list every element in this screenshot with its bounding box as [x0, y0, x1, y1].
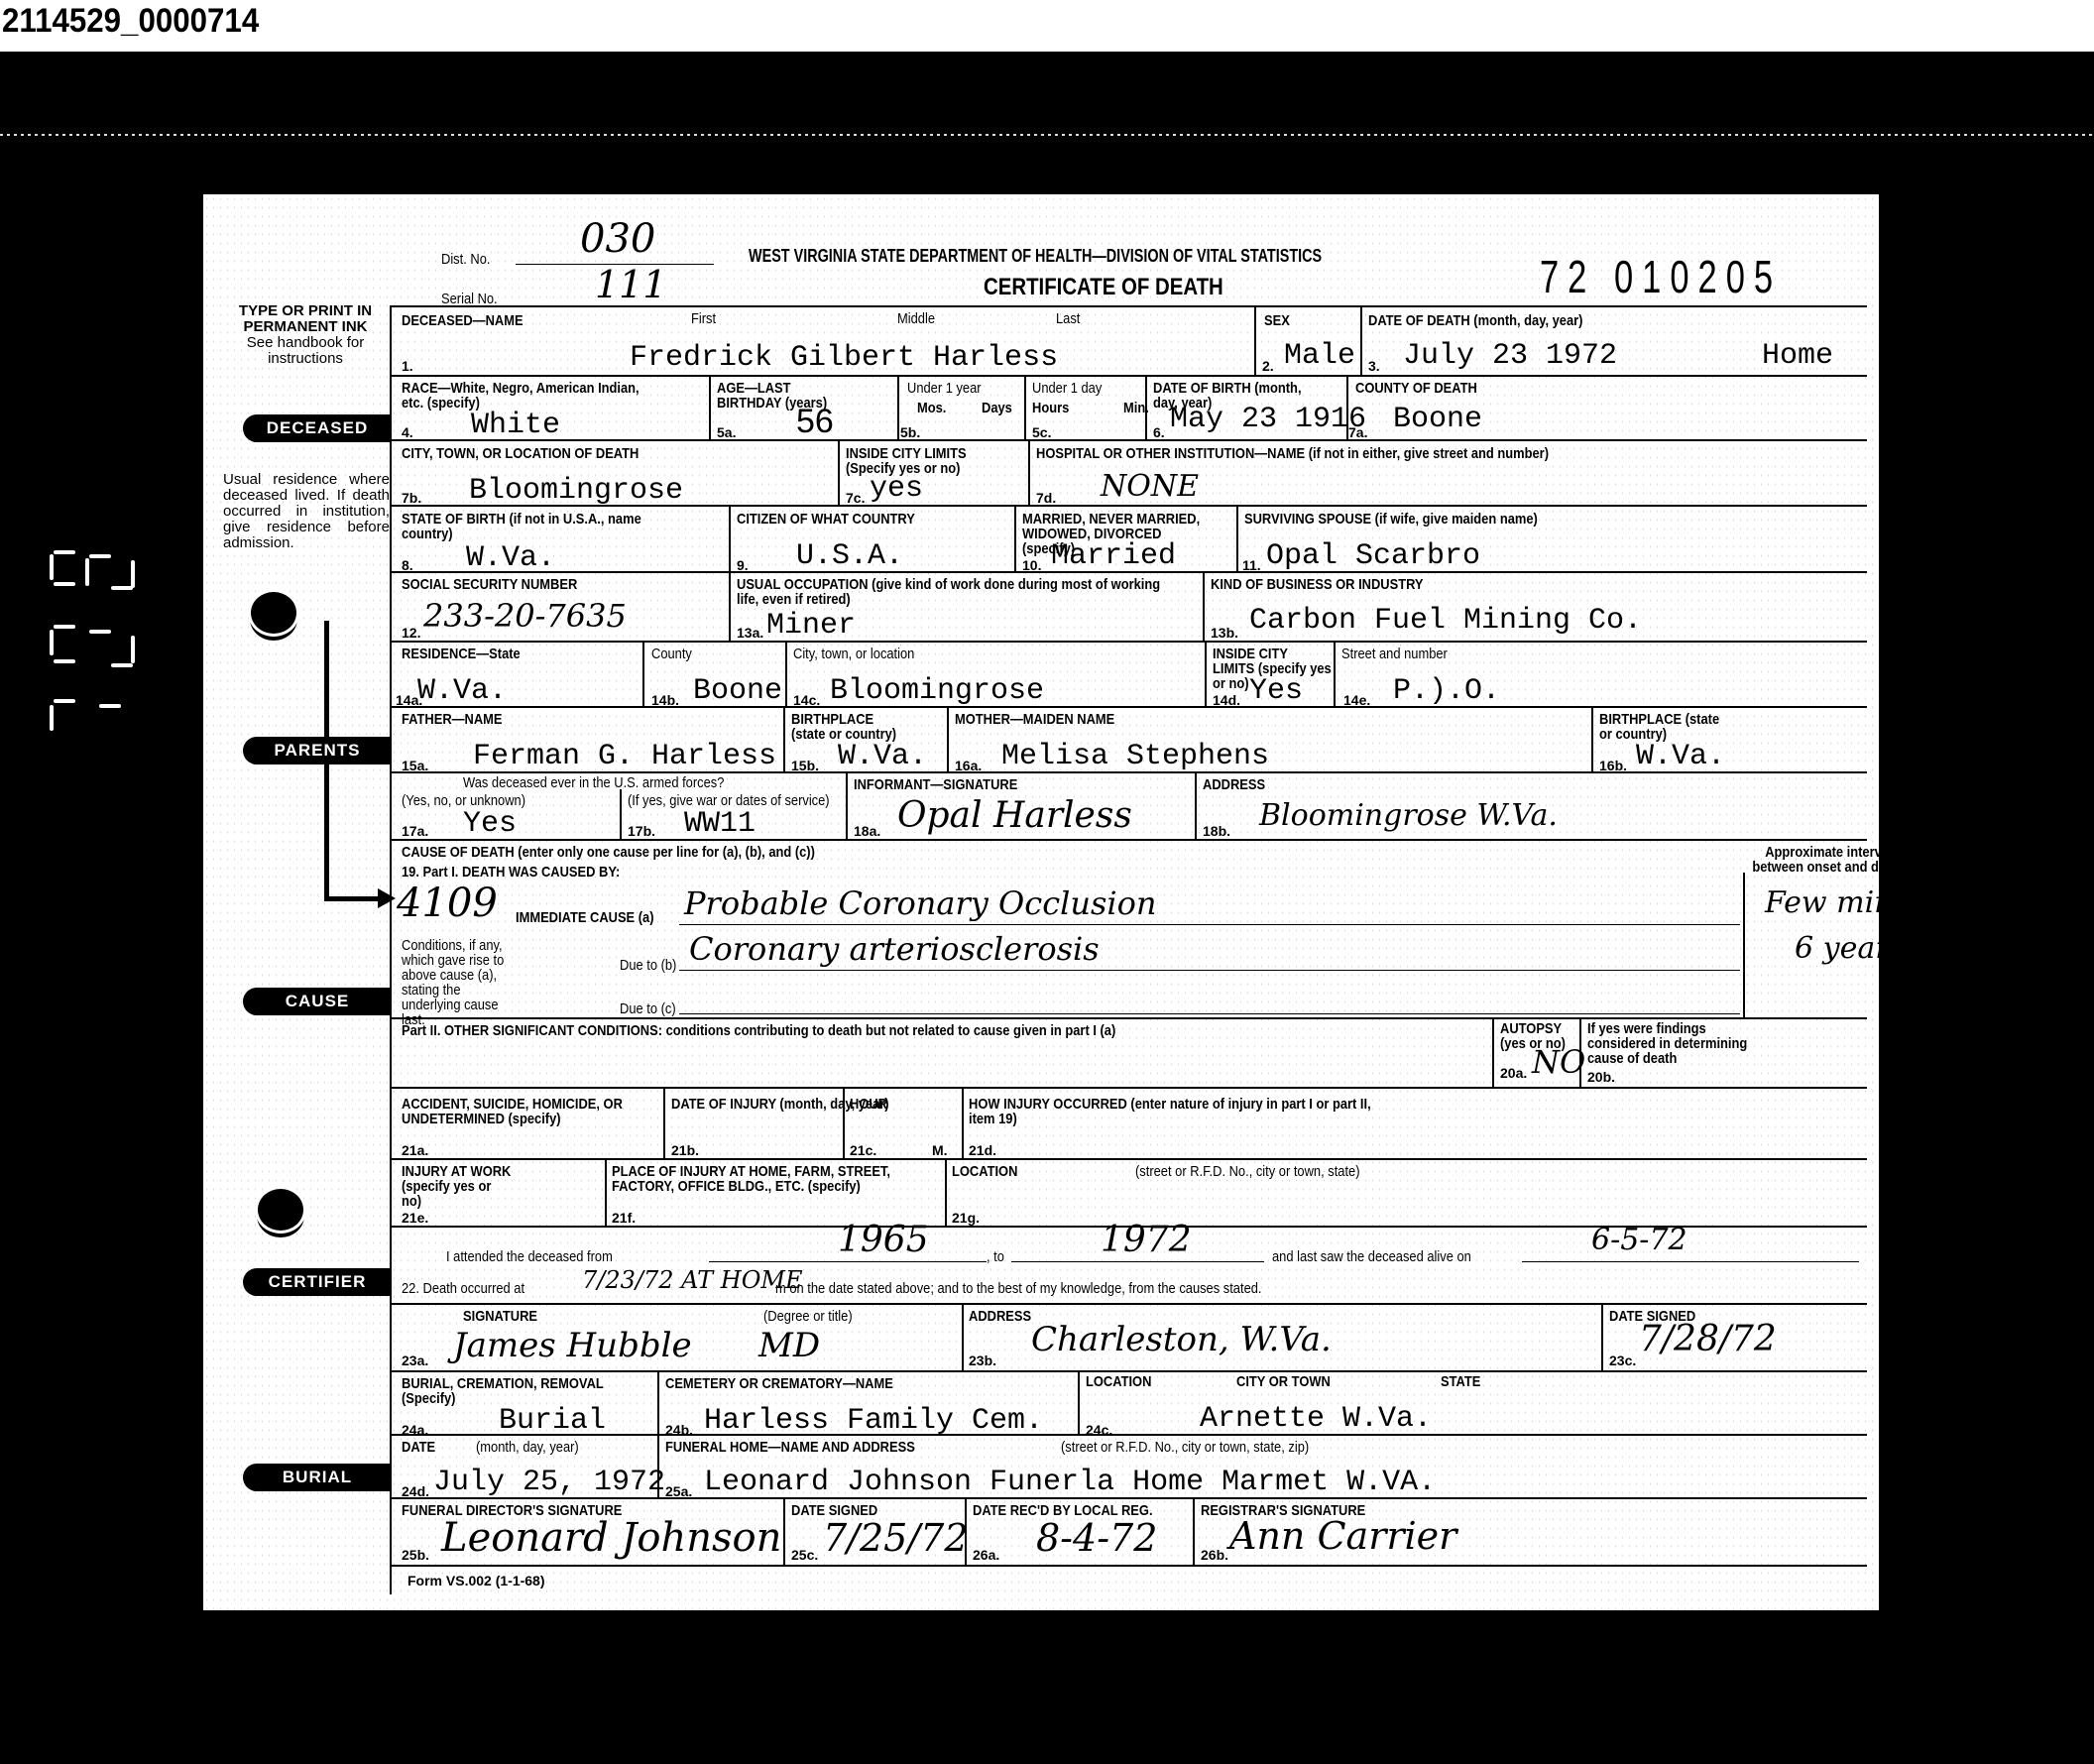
injury-hour-label: HOUR	[850, 1097, 887, 1112]
deceased-name: Fredrick Gilbert Harless	[630, 343, 1058, 373]
field-num: 13b.	[1211, 625, 1238, 641]
agency-title: WEST VIRGINIA STATE DEPARTMENT OF HEALTH…	[749, 246, 1322, 267]
surviving-spouse: Opal Scarbro	[1266, 541, 1480, 571]
death-certificate: TYPE OR PRINT IN PERMANENT INK See handb…	[203, 194, 1879, 1610]
residence-state: W.Va.	[417, 676, 507, 706]
city-label: CITY, TOWN, OR LOCATION OF DEATH	[402, 446, 639, 461]
burial-city-label: CITY OR TOWN	[1236, 1374, 1331, 1389]
informant-address-label: ADDRESS	[1203, 777, 1265, 792]
father-label: FATHER—NAME	[402, 712, 503, 727]
days-label: Days	[982, 401, 1012, 415]
residence-street-label: Street and number	[1341, 647, 1448, 661]
field-num: 26a.	[973, 1547, 999, 1563]
certifier-address-label: ADDRESS	[969, 1309, 1031, 1324]
county-label: COUNTY OF DEATH	[1355, 381, 1477, 396]
due-to-c-label: Due to (c)	[620, 1001, 676, 1016]
punch-hole-icon	[255, 1186, 306, 1234]
field-num: 13a.	[737, 625, 763, 641]
arrow-head-icon	[378, 888, 396, 908]
injury-at-work-label: INJURY AT WORK (specify yes or no)	[402, 1164, 513, 1209]
funeral-home-label: FUNERAL HOME—NAME AND ADDRESS	[665, 1440, 915, 1455]
form-left-border	[390, 305, 392, 1594]
field-num: 17b.	[628, 823, 655, 839]
field-num: 25b.	[402, 1547, 429, 1563]
how-injury-label: HOW INJURY OCCURRED (enter nature of inj…	[969, 1097, 1395, 1126]
residence-inside-limits: Yes	[1249, 676, 1303, 706]
place-of-death-note: Home	[1762, 341, 1833, 371]
social-security-number: 233-20-7635	[423, 601, 627, 631]
field-num: 21f.	[612, 1210, 636, 1226]
mother-birthplace: W.Va.	[1636, 742, 1725, 771]
section-burial: BURIAL	[243, 1464, 392, 1491]
signature-label: SIGNATURE	[463, 1309, 537, 1324]
funeral-home-hint: (street or R.F.D. No., city or town, sta…	[1061, 1440, 1309, 1455]
arrow-shaft	[324, 896, 386, 901]
inside-city-limits: yes	[870, 474, 923, 504]
burial-method-label: BURIAL, CREMATION, REMOVAL (Specify)	[402, 1376, 624, 1406]
ssn-label: SOCIAL SECURITY NUMBER	[402, 577, 577, 592]
father-birthplace: W.Va.	[838, 742, 927, 771]
sex: Male	[1284, 341, 1355, 371]
field-num: 21c.	[850, 1142, 876, 1158]
certifier-signature: James Hubble	[453, 1331, 692, 1360]
armed-forces-label: Was deceased ever in the U.S. armed forc…	[463, 775, 724, 790]
race: White	[471, 411, 560, 440]
certifier-address: Charleston, W.Va.	[1031, 1325, 1332, 1354]
cause-header-label: CAUSE OF DEATH (enter only one cause per…	[402, 845, 815, 860]
mother-label: MOTHER—MAIDEN NAME	[955, 712, 1114, 727]
field-num: 21g.	[952, 1210, 980, 1226]
armed-forces-sub-label: (Yes, no, or unknown)	[402, 793, 525, 808]
field-num: 3.	[1368, 358, 1380, 374]
father-name: Ferman G. Harless	[473, 742, 776, 771]
mos-label: Mos.	[917, 401, 946, 415]
conditions-note: Conditions, if any, which gave rise to a…	[402, 938, 513, 1027]
dist-no: 030	[580, 224, 655, 254]
death-occurred-label: 22. Death occurred at	[402, 1281, 524, 1296]
section-certifier: CERTIFIER	[243, 1268, 392, 1296]
business-label: KIND OF BUSINESS OR INDUSTRY	[1211, 577, 1424, 592]
to-label: , to	[987, 1249, 1004, 1264]
spouse-label: SURVIVING SPOUSE (if wife, give maiden n…	[1244, 512, 1538, 527]
field-num: 21d.	[969, 1142, 996, 1158]
field-num: 23b.	[969, 1352, 996, 1368]
certifier-degree: MD	[758, 1331, 820, 1360]
state-of-birth: W.Va.	[466, 543, 555, 573]
burial-date: July 25, 1972	[433, 1468, 665, 1497]
form-number: Form VS.002 (1-1-68)	[407, 1573, 545, 1588]
section-cause: CAUSE	[243, 988, 392, 1015]
race-label: RACE—White, Negro, American Indian, etc.…	[402, 381, 657, 411]
field-num: 26b.	[1201, 1547, 1228, 1563]
injury-location-label: LOCATION	[952, 1164, 1017, 1179]
injury-place-label: PLACE OF INJURY AT HOME, FARM, STREET, F…	[612, 1164, 893, 1194]
field-num: 2.	[1262, 358, 1274, 374]
informant-signature: Opal Harless	[897, 801, 1132, 831]
certifier-date-signed: 7/28/72	[1639, 1325, 1777, 1354]
citizen-label: CITIZEN OF WHAT COUNTRY	[737, 512, 915, 527]
image-id-bar: 2114529_0000714	[0, 0, 2094, 52]
immediate-cause: Probable Coronary Occlusion	[684, 888, 1156, 918]
immediate-cause-label: IMMEDIATE CAUSE (a)	[516, 910, 654, 925]
punch-hole-icon	[248, 589, 299, 637]
field-num: 5a.	[717, 424, 736, 440]
mother-maiden-name: Melisa Stephens	[1001, 742, 1269, 771]
autopsy: NO	[1532, 1047, 1585, 1077]
field-num: 20b.	[1587, 1069, 1615, 1085]
usual-residence-note: Usual residence where deceased lived. If…	[223, 472, 390, 551]
sex-label: SEX	[1264, 313, 1290, 328]
attended-from: 1965	[838, 1226, 929, 1255]
armed-forces: Yes	[463, 809, 517, 839]
death-occurred: 7/23/72 AT HOME	[582, 1265, 803, 1295]
interval-b: 6 years	[1795, 934, 1905, 964]
image-id: 2114529_0000714	[2, 2, 259, 41]
field-num: 7c.	[846, 490, 865, 506]
father-birthplace-label: BIRTHPLACE (state or country)	[791, 712, 910, 742]
burial-date-label: DATE	[402, 1440, 435, 1455]
section-parents: PARENTS	[243, 737, 392, 764]
findings-label: If yes were findings considered in deter…	[1587, 1021, 1775, 1066]
registrar-signature: Ann Carrier	[1229, 1521, 1456, 1551]
attended-label: I attended the deceased from	[446, 1249, 613, 1264]
kind-of-business: Carbon Fuel Mining Co.	[1249, 606, 1642, 636]
field-num: 21e.	[402, 1210, 428, 1226]
citizen-of: U.S.A.	[796, 541, 903, 571]
informant-label: INFORMANT—SIGNATURE	[854, 777, 1017, 792]
field-num: 12.	[402, 625, 420, 641]
injury-type-label: ACCIDENT, SUICIDE, HOMICIDE, OR UNDETERM…	[402, 1097, 632, 1126]
serial-no: 111	[595, 270, 667, 299]
burial-state-label: STATE	[1441, 1374, 1480, 1389]
field-num: 18b.	[1203, 823, 1230, 839]
scan-dotted-line	[0, 134, 2094, 136]
section-deceased: DECEASED	[243, 414, 392, 442]
serial-no-label: Serial No.	[441, 292, 498, 306]
marital-status: Married	[1051, 541, 1176, 571]
field-num: 7b.	[402, 490, 421, 506]
interval-a: Few minutes	[1765, 888, 1957, 918]
field-num: 1.	[402, 358, 413, 374]
director-date-signed: 7/25/72	[823, 1523, 969, 1553]
last-label: Last	[1056, 311, 1080, 326]
occupation-label: USUAL OCCUPATION (give kind of work done…	[737, 577, 1180, 607]
certificate-number: 72 010205	[1540, 262, 1782, 292]
war-label: (If yes, give war or dates of service)	[628, 793, 830, 808]
hospital-label: HOSPITAL OR OTHER INSTITUTION—NAME (if n…	[1036, 446, 1549, 461]
burial-method: Burial	[499, 1406, 606, 1436]
field-num: 4.	[402, 424, 413, 440]
funeral-director-signature: Leonard Johnson	[441, 1523, 781, 1553]
due-to-b: Coronary arteriosclerosis	[689, 934, 1100, 964]
form-sidebar: TYPE OR PRINT IN PERMANENT INK See handb…	[203, 194, 392, 1610]
burial-location-label: LOCATION	[1086, 1374, 1151, 1389]
field-num: 20a.	[1500, 1065, 1527, 1081]
field-num: 7d.	[1036, 490, 1056, 506]
field-num: 7a.	[1348, 424, 1367, 440]
burial-location: Arnette W.Va.	[1200, 1404, 1432, 1434]
certificate-title: CERTIFICATE OF DEATH	[984, 274, 1223, 301]
field-num: 6.	[1153, 424, 1165, 440]
degree-label: (Degree or title)	[763, 1309, 853, 1324]
residence-city: Bloomingrose	[830, 676, 1044, 706]
field-num: 21b.	[671, 1142, 699, 1158]
death-occurred-tail: m on the date stated above; and to the b…	[775, 1281, 1262, 1296]
attended-to: 1972	[1101, 1226, 1192, 1255]
informant-address: Bloomingrose W.Va.	[1259, 801, 1558, 831]
part2-label: Part II. OTHER SIGNIFICANT CONDITIONS: c…	[402, 1023, 1115, 1038]
dist-no-label: Dist. No.	[441, 252, 490, 267]
due-to-b-label: Due to (b)	[620, 958, 676, 973]
field-num: 17a.	[402, 823, 428, 839]
field-num: 21a.	[402, 1142, 428, 1158]
last-saw-alive: 6-5-72	[1591, 1226, 1687, 1255]
cause-code: 4109	[397, 888, 498, 918]
residence-city-label: City, town, or location	[793, 647, 914, 661]
date-of-death: July 23 1972	[1403, 341, 1617, 371]
date-of-death-label: DATE OF DEATH (month, day, year)	[1368, 313, 1582, 328]
field-num: 5b.	[900, 424, 920, 440]
cemetery-label: CEMETERY OR CREMATORY—NAME	[665, 1376, 893, 1391]
interval-label: Approximate interval between onset and d…	[1752, 845, 1906, 875]
county-of-death: Boone	[1393, 405, 1482, 434]
date-of-birth: May 23 1916	[1170, 405, 1366, 434]
date-received: 8-4-72	[1036, 1523, 1157, 1553]
middle-label: Middle	[897, 311, 935, 326]
residence-state-label: RESIDENCE—State	[402, 647, 521, 661]
under-1-year-label: Under 1 year	[907, 381, 982, 396]
hospital-name: NONE	[1101, 472, 1199, 502]
field-num: 5c.	[1032, 424, 1051, 440]
field-num: 23a.	[402, 1352, 428, 1368]
field-num: 25c.	[791, 1547, 818, 1563]
state-of-birth-label: STATE OF BIRTH (if not in U.S.A., name c…	[402, 512, 657, 541]
occupation: Miner	[766, 611, 856, 641]
residence-street: P.).O.	[1393, 676, 1500, 706]
hours-label: Hours	[1032, 401, 1069, 415]
field-num: 23c.	[1609, 1352, 1636, 1368]
part1-label: 19. Part I. DEATH WAS CAUSED BY:	[402, 865, 620, 880]
last-saw-label: and last saw the deceased alive on	[1272, 1249, 1471, 1264]
name-label: DECEASED—NAME	[402, 313, 523, 328]
under-1-day-label: Under 1 day	[1032, 381, 1102, 396]
age: 56	[796, 407, 834, 436]
funeral-home: Leonard Johnson Funerla Home Marmet W.VA…	[704, 1468, 1436, 1497]
war-service: WW11	[684, 809, 756, 839]
injury-location-hint: (street or R.F.D. No., city or town, sta…	[1135, 1164, 1360, 1179]
cemetery-name: Harless Family Cem.	[704, 1406, 1043, 1436]
residence-county-label: County	[651, 647, 692, 661]
hour-suffix: M.	[932, 1142, 948, 1158]
mother-birthplace-label: BIRTHPLACE (state or country)	[1599, 712, 1727, 742]
field-num: 18a.	[854, 823, 880, 839]
residence-county: Boone	[693, 676, 782, 706]
city-of-death: Bloomingrose	[469, 476, 683, 506]
instructions-note: TYPE OR PRINT IN PERMANENT INK See handb…	[221, 303, 390, 367]
burial-date-hint: (month, day, year)	[476, 1440, 579, 1455]
first-label: First	[691, 311, 716, 326]
